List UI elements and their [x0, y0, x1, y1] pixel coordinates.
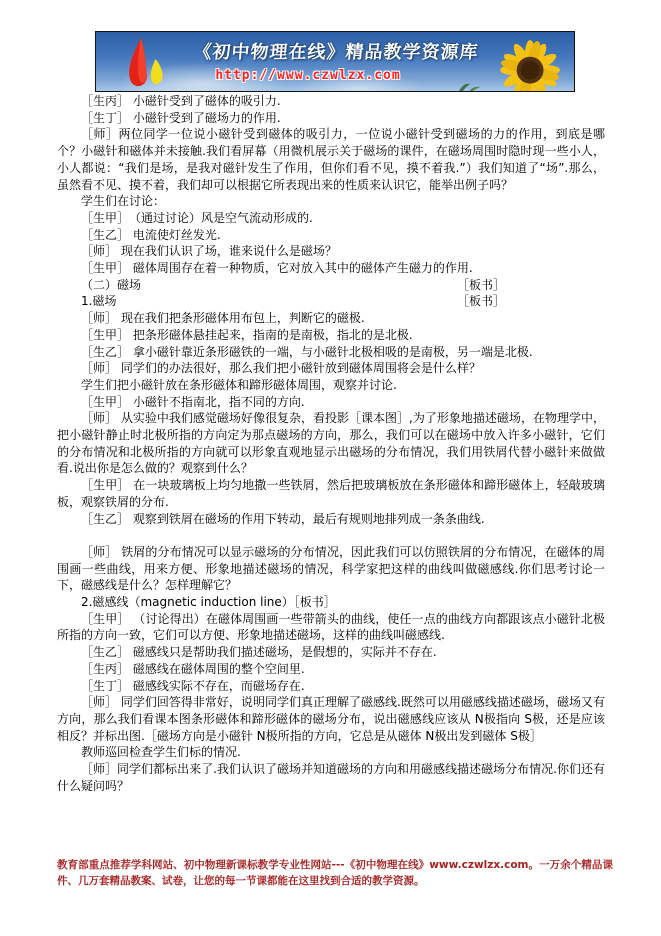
paragraph: 1.磁场［板书］ — [57, 293, 605, 310]
paragraph: ［师］ 从实验中我们感觉磁场好像很复杂，看投影［课本图］,为了形象地描述磁场，在… — [57, 410, 605, 477]
paragraph: ［师］同学们都标出来了.我们认识了磁场并知道磁场的方向和用磁感线描述磁场分布情况… — [57, 761, 605, 794]
banner-url-link[interactable]: http://www.czwlzx.com — [215, 68, 400, 83]
banner-text-block: 《初中物理在线》精品教学资源库 http://www.czwlzx.com — [186, 42, 486, 83]
grass-leaf-icon — [456, 75, 482, 92]
paragraph: ［生甲］ 在一块玻璃板上均匀地撒一些铁屑，然后把玻璃板放在条形磁体和蹄形磁体上，… — [57, 477, 605, 510]
footer-promo: 教育部重点推荐学科网站、初中物理新课标教学专业性网站---《初中物理在线》www… — [57, 858, 613, 889]
paragraph: ［生乙］ 观察到铁屑在磁场的作用下转动，最后有规则地排列成一条条曲线. — [57, 511, 605, 528]
paragraph: ［生丁］ 小磁针受到了磁场力的作用. — [57, 110, 605, 127]
paragraph: ［生甲］ （讨论得出）在磁体周围画一些带箭头的曲线，使任一点的曲线方向都跟该点小… — [57, 611, 605, 644]
paragraph: ［师］ 同学们回答得非常好，说明同学们真正理解了磁感线.既然可以用磁感线描述磁场… — [57, 694, 605, 744]
paragraph: （二）磁场［板书］ — [57, 277, 605, 294]
blank-line — [57, 527, 605, 544]
lesson-transcript: ［生丙］ 小磁针受到了磁体的吸引力.［生丁］ 小磁针受到了磁场力的作用.［师］两… — [57, 93, 605, 795]
paragraph: ［师］ 现在我们把条形磁体用布包上，判断它的磁极. — [57, 310, 605, 327]
blackboard-note: ［板书］ — [457, 293, 505, 310]
paragraph: ［生甲］ （通过讨论）风是空气流动形成的. — [57, 210, 605, 227]
flame-logo-icon — [112, 34, 170, 92]
document-page: 《初中物理在线》精品教学资源库 http://www.czwlzx.com — [0, 0, 661, 936]
paragraph: ［生丙］ 小磁针受到了磁体的吸引力. — [57, 93, 605, 110]
paragraph: ［生乙］ 电流使灯丝发光. — [57, 227, 605, 244]
site-banner: 《初中物理在线》精品教学资源库 http://www.czwlzx.com — [95, 31, 575, 92]
paragraph: ［生甲］ 小磁针不指南北，指不同的方向. — [57, 394, 605, 411]
paragraph: ［生乙］ 磁感线只是帮助我们描述磁场，是假想的，实际并不存在. — [57, 644, 605, 661]
paragraph: ［生乙］ 拿小磁针靠近条形磁铁的一端，与小磁针北极相吸的是南极，另一端是北极. — [57, 344, 605, 361]
paragraph: ［师］ 同学们的办法很好，那么我们把小磁针放到磁体周围将会是什么样？ — [57, 360, 605, 377]
paragraph: ［生丙］ 磁感线在磁体周围的整个空间里. — [57, 661, 605, 678]
paragraph: 教师巡回检查学生们标的情况. — [57, 744, 605, 761]
banner-title: 《初中物理在线》精品教学资源库 — [185, 42, 487, 64]
paragraph: ［师］ 现在我们认识了场，谁来说什么是磁场？ — [57, 243, 605, 260]
paragraph: 学生们把小磁针放在条形磁体和蹄形磁体周围，观察并讨论. — [57, 377, 605, 394]
paragraph: ［生丁］ 磁感线实际不存在，而磁场存在. — [57, 678, 605, 695]
paragraph: 2.磁感线（magnetic induction line）［板书］ — [57, 594, 605, 611]
paragraph: ［师］两位同学一位说小磁针受到磁体的吸引力，一位说小磁针受到磁场的力的作用，到底… — [57, 126, 605, 193]
blackboard-note: ［板书］ — [457, 277, 505, 294]
sunflower-image — [482, 35, 574, 92]
paragraph: ［生甲］ 把条形磁体悬挂起来，指南的是南极，指北的是北极. — [57, 327, 605, 344]
paragraph: ［生甲］ 磁体周围存在着一种物质，它对放入其中的磁体产生磁力的作用. — [57, 260, 605, 277]
paragraph: ［师］ 铁屑的分布情况可以显示磁场的分布情况，因此我们可以仿照铁屑的分布情况，在… — [57, 544, 605, 594]
paragraph: 学生们在讨论： — [57, 193, 605, 210]
